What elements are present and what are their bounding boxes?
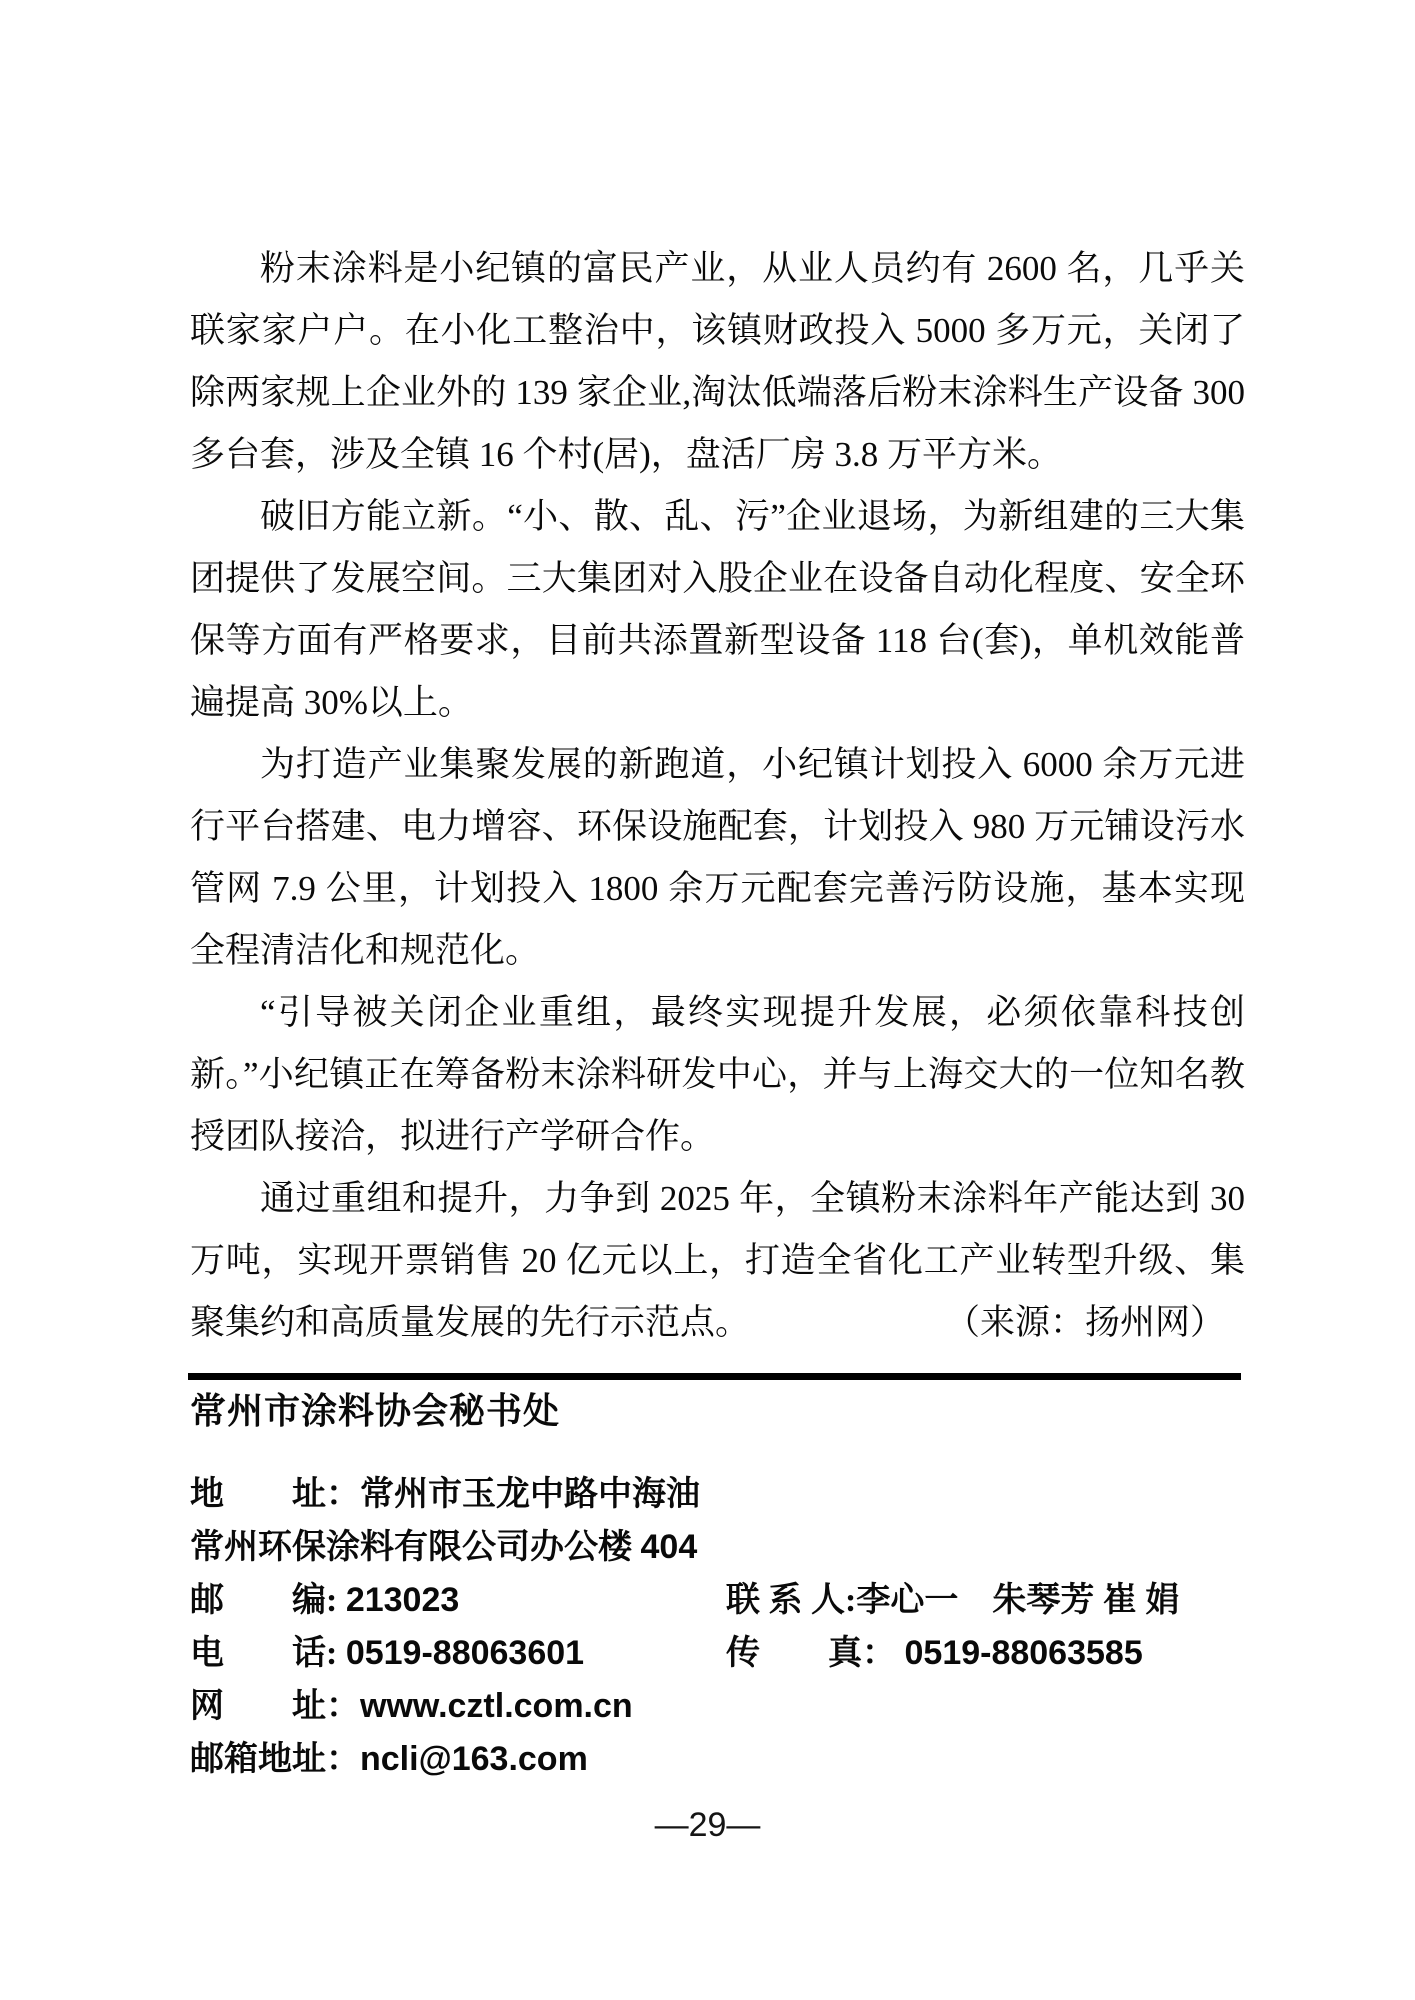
website-label: 网 址：: [190, 1688, 360, 1725]
contact-phone-row: 电 话: 0519-88063601 传 真： 0519-88063585: [190, 1627, 1245, 1680]
footer-heading: 常州市涂料协会秘书处: [190, 1388, 560, 1434]
contact-block: 地 址：常州市玉龙中路中海油常州环保涂料有限公司办公楼 404 邮 编: 213…: [190, 1469, 1245, 1786]
postcode-value: 213023: [346, 1581, 459, 1619]
contact-postcode-row: 邮 编: 213023 联 系 人:李心一 朱琴芳 崔 娟: [190, 1574, 1245, 1627]
footer-divider: [188, 1373, 1241, 1380]
paragraph-3: 为打造产业集聚发展的新跑道，小纪镇计划投入 6000 余万元进行平台搭建、电力增…: [190, 734, 1245, 982]
fax-label: 传 真：: [726, 1635, 905, 1672]
paragraph-2: 破旧方能立新。“小、散、乱、污”企业退场，为新组建的三大集团提供了发展空间。三大…: [190, 486, 1245, 734]
paragraph-4: “引导被关闭企业重组，最终实现提升发展，必须依靠科技创新。”小纪镇正在筹备粉末涂…: [190, 982, 1245, 1168]
contact-address-row: 地 址：常州市玉龙中路中海油常州环保涂料有限公司办公楼 404: [190, 1469, 1245, 1574]
address-cell: 地 址：常州市玉龙中路中海油常州环保涂料有限公司办公楼 404: [190, 1469, 726, 1574]
website-cell: 网 址：www.cztl.com.cn: [190, 1680, 726, 1733]
contact-person-label: 联 系 人:: [726, 1582, 856, 1619]
website-value: www.cztl.com.cn: [360, 1687, 633, 1725]
postcode-label: 邮 编:: [190, 1582, 346, 1619]
phone-cell: 电 话: 0519-88063601: [190, 1627, 726, 1680]
contact-website-row: 网 址：www.cztl.com.cn: [190, 1680, 1245, 1733]
email-value: ncli@163.com: [360, 1740, 588, 1778]
source-attribution: （来源：扬州网）: [945, 1292, 1225, 1354]
fax-cell: 传 真： 0519-88063585: [726, 1627, 1245, 1680]
contact-person-value: 李心一 朱琴芳 崔 娟: [856, 1582, 1179, 1619]
article-body: 粉末涂料是小纪镇的富民产业，从业人员约有 2600 名，几乎关联家家户户。在小化…: [190, 238, 1245, 1354]
phone-label: 电 话:: [190, 1635, 346, 1672]
last-paragraph-wrap: 通过重组和提升，力争到 2025 年，全镇粉末涂料年产能达到 30 万吨，实现开…: [190, 1168, 1245, 1354]
page-number: —29—: [0, 1806, 1415, 1845]
address-label: 地 址：: [190, 1476, 360, 1513]
document-page: 粉末涂料是小纪镇的富民产业，从业人员约有 2600 名，几乎关联家家户户。在小化…: [0, 0, 1415, 2000]
phone-value: 0519-88063601: [346, 1634, 584, 1672]
paragraph-1: 粉末涂料是小纪镇的富民产业，从业人员约有 2600 名，几乎关联家家户户。在小化…: [190, 238, 1245, 486]
address-number: 404: [641, 1528, 698, 1566]
contact-email-row: 邮箱地址：ncli@163.com: [190, 1733, 1245, 1786]
postcode-cell: 邮 编: 213023: [190, 1574, 726, 1627]
contact-person-cell: 联 系 人:李心一 朱琴芳 崔 娟: [726, 1575, 1245, 1627]
email-label: 邮箱地址：: [190, 1741, 360, 1778]
fax-value: 0519-88063585: [905, 1634, 1143, 1672]
email-cell: 邮箱地址：ncli@163.com: [190, 1733, 726, 1786]
